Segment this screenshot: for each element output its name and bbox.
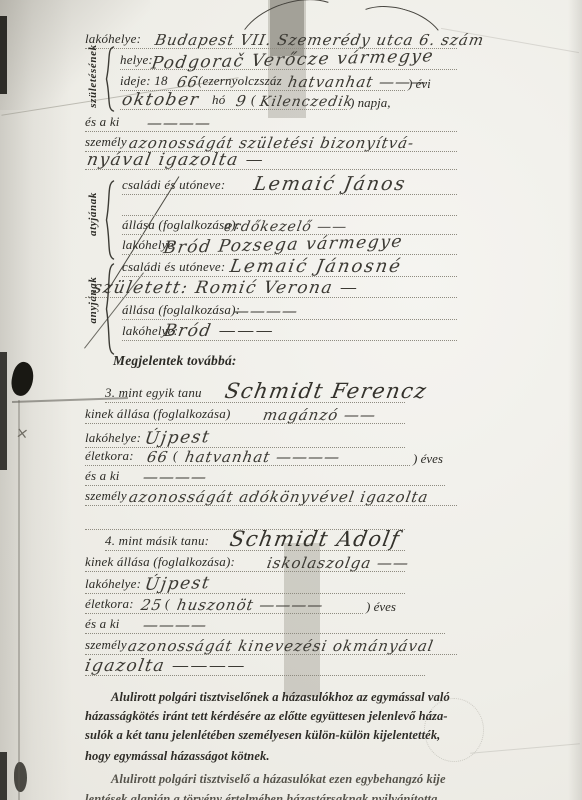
and-who-label: és a ki — [85, 468, 120, 484]
open-paren: ( — [173, 448, 178, 464]
birthyear-digits: 66 — [176, 75, 200, 90]
declaration-line: házasságkötés iránt tett kérdésére az el… — [85, 709, 448, 724]
field-row-witness2-proof-1: személy azonosságát kinevezési okmányáva… — [85, 636, 457, 655]
field-row-mother-residence: lakóhelye: Bród ——— — [122, 322, 457, 341]
group-brace — [103, 263, 115, 355]
declaration-line: sulók a két tanu jelenlétében személyese… — [85, 728, 440, 743]
birth-group-label: születésének — [87, 40, 99, 112]
witness2-proof-line1: azonosságát kinevezési okmányával — [127, 639, 435, 654]
group-brace — [103, 180, 115, 260]
pen-dash: ———— — [142, 618, 209, 633]
field-row-witness1-proof: személy azonosságát adókönyvével igazolt… — [85, 487, 457, 506]
witness1-age-digits: 66 — [146, 450, 170, 465]
birthday-digit: 9 — [235, 94, 248, 109]
field-row-mother-maiden: született: Romić Verona — — [85, 279, 457, 298]
scan-edge-mark-bottom — [0, 752, 7, 800]
field-row-witness1-occupation: kinek állása (foglalkozása) magánzó —— — [85, 405, 405, 424]
age-suffix: ) éves — [413, 451, 443, 467]
ink-blot-bottom — [14, 762, 27, 792]
witness1-age-words: hatvanhat ———— — [184, 450, 342, 465]
age-label: életkora: — [85, 448, 134, 464]
birthplace-label: helye: — [120, 52, 153, 68]
birthmonth-value: oktober — [121, 92, 201, 109]
occupation-label: állása (foglalkozása): — [122, 302, 240, 318]
declaration-line: hogy egymással házasságot kötnek. — [85, 749, 270, 764]
field-row-birthday: oktober hó 9 ( Kilenczedik — [120, 91, 347, 110]
field-row-and-who-2: és a ki ———— — [85, 467, 445, 486]
field-row-witness1-residence: lakóhelye: Újpest — [85, 429, 405, 448]
witness1-proof-value: azonosságát adókönyvével igazolta — [128, 490, 430, 505]
witnesses-heading-label: Megjelentek továbbá: — [113, 353, 237, 369]
declaration-line-clipped: lentések alapján a törvény értelmében há… — [85, 792, 437, 800]
residence-label: lakóhelye: — [85, 430, 141, 446]
witness2-name-value: Schmidt Adolf — [228, 529, 402, 550]
age-label: életkora: — [85, 596, 134, 612]
witness2-residence-value: Újpest — [144, 575, 212, 594]
and-who-label: és a ki — [85, 616, 120, 632]
field-row-witness2-name: 4. mint másik tanu: Schmidt Adolf — [105, 532, 405, 551]
pen-dash: ———— — [146, 116, 213, 131]
father-group-label: atyjának — [87, 187, 99, 241]
family-given-name-label: családi és utóneve: — [122, 177, 225, 193]
and-who-label: és a ki — [85, 114, 120, 130]
birthday-suffix: ) napja, — [350, 95, 390, 111]
group-brace — [103, 46, 115, 112]
identity-proof-line2: nyával igazolta — — [86, 152, 266, 169]
right-edge-shadow — [568, 0, 582, 800]
field-row-and-who-1: és a ki ———— — [85, 113, 457, 132]
field-row-residence: lakóhelye: Budapest VII. Szemerédy utca … — [85, 30, 457, 49]
witness1-label: 3. mint egyik tanu — [105, 385, 202, 401]
witness2-label: 4. mint másik tanu: — [105, 533, 209, 549]
field-row-father-residence: lakóhelye Bród Pozsega vármegye — [122, 236, 457, 255]
birthplace-value: Podgorač Verőcze vármegye — [150, 48, 435, 72]
field-row-blank — [122, 197, 457, 216]
field-row-and-who-3: és a ki ———— — [85, 615, 445, 634]
witness1-occupation-value: magánzó —— — [262, 408, 378, 423]
field-row-witness1-name: 3. mint egyik tanu Schmidt Ferencz — [105, 384, 405, 403]
field-row-witness2-proof-2: igazolta ———— — [85, 657, 425, 676]
witnesses-heading: Megjelentek továbbá: — [113, 352, 313, 370]
witness-occupation-label: kinek állása (foglalkozása) — [85, 406, 231, 422]
witness1-residence-value: Újpest — [144, 429, 212, 448]
field-row-mother-occupation: állása (foglalkozása): ———— — [122, 301, 457, 320]
field-row-birthyear: ideje: 18 66 (ezernyolczszáz hatvanhat —… — [120, 72, 405, 91]
field-row-witness2-residence: lakóhelye: Újpest — [85, 575, 405, 594]
mother-maiden-value: született: Romić Verona — — [92, 280, 360, 297]
age-suffix: ) éves — [366, 599, 396, 615]
field-row-birthplace: helye: Podgorač Verőcze vármegye — [120, 51, 457, 70]
open-paren: ( — [165, 596, 170, 612]
witness2-age-words: huszonöt ———— — [176, 598, 325, 613]
father-occupation-value: erdőkezelő —— — [223, 220, 349, 234]
family-given-name-label: családi és utóneve: — [122, 259, 225, 275]
birthday-words: Kilenczedik — [259, 95, 355, 109]
field-row-identity-2: nyával igazolta — — [85, 151, 457, 170]
witness1-name-value: Schmidt Ferencz — [223, 381, 429, 402]
field-row-witness1-age: életkora: 66 ( hatvanhat ———— — [85, 447, 410, 466]
scan-edge-mark-middle — [0, 352, 7, 470]
father-name-value: Lemaić János — [252, 175, 408, 194]
pencil-cross-mark: × — [15, 423, 30, 443]
witness2-proof-line2: igazolta ———— — [84, 658, 248, 675]
declaration-line: Alulirott polgári tisztviselő a házasuló… — [111, 772, 446, 787]
field-row-mother-name: családi és utóneve: Lemaić Jánosné — [122, 258, 457, 277]
identity-label: személy — [85, 637, 127, 653]
witness2-occupation-value: iskolaszolga —— — [266, 556, 411, 571]
declaration-line: Alulirott polgári tisztviselőnek a házas… — [111, 690, 450, 705]
pen-dash: ———— — [142, 470, 209, 485]
birthyear-words-prefix: (ezernyolczszáz — [198, 73, 282, 89]
witness2-age-digits: 25 — [140, 598, 164, 613]
field-row-witness2-occupation: kinek állása (foglalkozása): iskolaszolg… — [85, 553, 405, 572]
field-row-father-name: családi és utóneve: Lemaić János — [122, 176, 457, 195]
fold-crease-vertical — [18, 400, 20, 800]
field-row-father-occupation: állása (foglalkozása): erdőkezelő —— — [122, 216, 457, 235]
scan-edge-mark-top — [0, 16, 7, 94]
father-residence-value: Bród Pozsega vármegye — [162, 234, 404, 257]
identity-label: személy — [85, 488, 127, 504]
paper-crease-bottomright — [470, 743, 580, 754]
witness-occupation-label: kinek állása (foglalkozása): — [85, 554, 235, 570]
open-paren: ( — [251, 92, 256, 108]
month-label: hó — [212, 92, 225, 108]
birthyear-label: ideje: 18 — [120, 73, 168, 89]
mother-residence-value: Bród ——— — [163, 323, 276, 340]
residence-label: lakóhelye: — [85, 576, 141, 592]
field-row-witness2-age: életkora: 25 ( huszonöt ———— — [85, 595, 363, 614]
birthyear-suffix: ) évi — [408, 76, 431, 92]
pen-dash: ———— — [233, 304, 300, 319]
residence-value: Budapest VII. Szemerédy utca 6. szám — [154, 33, 486, 48]
mother-name-value: Lemaić Jánosné — [228, 258, 403, 276]
identity-label: személy — [85, 134, 127, 150]
identity-proof-line1: azonosságát születési bizonyítvá- — [128, 136, 416, 151]
scanned-marriage-registry-page: × lakóhelye: Budapest VII. Szemerédy utc… — [0, 0, 582, 800]
